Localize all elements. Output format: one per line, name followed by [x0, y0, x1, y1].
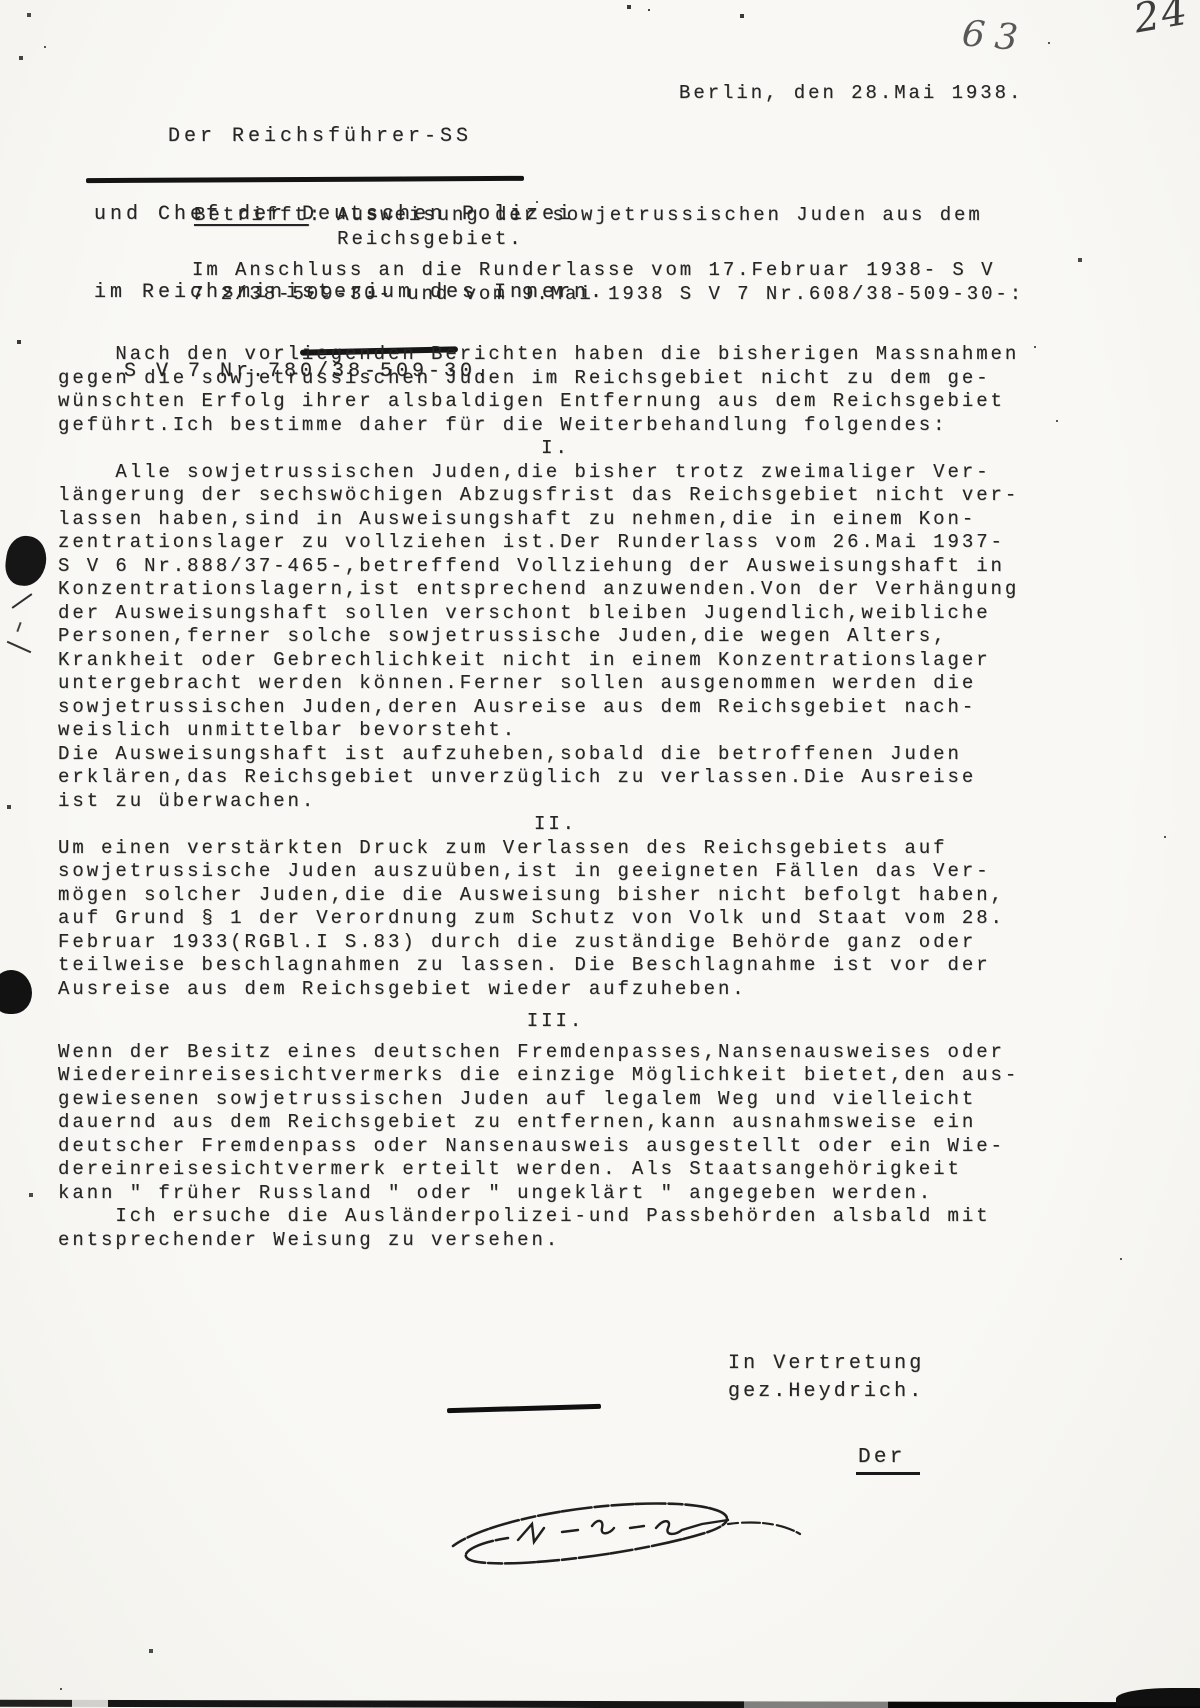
section-body-1: Alle sowjetrussischen Juden,die bisher t…: [58, 461, 1053, 814]
section-body-2: Um einen verstärkten Druck zum Verlassen…: [58, 837, 1053, 1002]
scan-artifact-mark: [16, 622, 21, 632]
letter-body: Nach den vorliegenden Berichten haben di…: [58, 343, 1053, 1252]
scan-artifact-mark: [7, 641, 32, 653]
signature-block: In Vertretung gez.Heydrich.: [728, 1350, 924, 1406]
intro-paragraph: Nach den vorliegenden Berichten haben di…: [58, 343, 1053, 437]
scan-artifact-bottom-edge: [0, 1700, 1200, 1708]
pencil-file-number: 63: [960, 13, 1029, 60]
section-heading-3: III.: [58, 1010, 1053, 1034]
scan-artifact-blob: [3, 533, 50, 588]
subject-label: Betrifft: [194, 203, 309, 251]
scan-artifact-corner-smudge: [1116, 1688, 1200, 1706]
subject-line: Betrifft:Ausweisung der sowjetrussischen…: [194, 203, 983, 251]
subject-text: Ausweisung der sowjetrussischen Juden au…: [337, 203, 983, 251]
section-heading-2: II.: [58, 813, 1053, 837]
footer-word: Der: [856, 1446, 920, 1475]
scanned-document-page: 24 63 Der Reichsführer-SS und Chef der D…: [0, 0, 1200, 1708]
subject-separator: :: [309, 203, 323, 251]
dateline: Berlin, den 28.Mai 1938.: [679, 82, 1023, 104]
scan-artifact-rule: [447, 1404, 601, 1413]
letterhead-line-1: Der Reichsführer-SS: [94, 124, 606, 150]
reference-paragraph: Im Anschluss an die Runderlasse vom 17.F…: [192, 258, 1024, 306]
pencil-page-number: 24: [1130, 0, 1192, 42]
section-heading-1: I.: [58, 437, 1053, 461]
scan-artifact-blob: [0, 970, 32, 1014]
scan-noise-specks: [0, 0, 2, 2]
section-body-3: Wenn der Besitz eines deutschen Fremdenp…: [58, 1041, 1053, 1206]
scan-artifact-mark: [12, 593, 33, 608]
handwritten-signature-scribble: [398, 1428, 828, 1598]
closing-paragraph: Ich ersuche die Ausländerpolizei-und Pas…: [58, 1205, 1053, 1252]
